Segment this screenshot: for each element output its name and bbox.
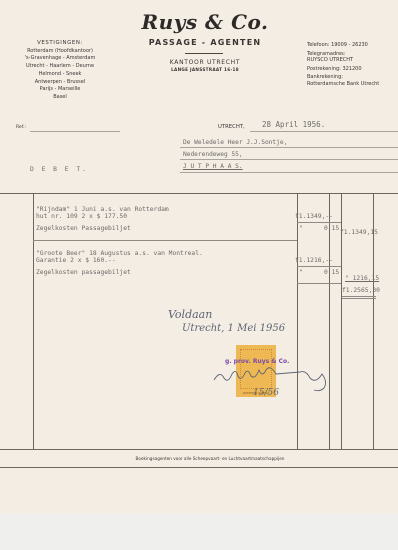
table-left-border	[33, 193, 34, 449]
phone: Telefoon: 19009 - 26230	[307, 42, 398, 48]
branch-item: 's-Gravenhage - Amsterdam	[10, 55, 110, 63]
item-subtotal: " 1216,15	[345, 275, 379, 282]
telegram-value: RUYSCO UTRECHT	[307, 57, 398, 63]
item-description: hut nr. 109 2 x $ 177.50	[36, 213, 127, 220]
letterhead-divider	[185, 53, 223, 54]
company-logo: Ruys & Co.	[135, 10, 275, 34]
ref-label: Ref.:	[16, 125, 26, 130]
branch-item: Antwerpen - Brussel	[10, 79, 110, 87]
paid-date-note: Utrecht, 1 Mei 1956	[182, 323, 285, 334]
address-line	[180, 159, 398, 160]
item-amount: f1.1349,--	[295, 213, 333, 220]
item-description: Garantie 2 x $ 160.--	[36, 257, 116, 264]
branch-item: Rotterdam (Hoofdkantoor)	[10, 48, 110, 56]
item-fee: 0,15	[324, 225, 339, 232]
office-address: LANGE JANSSTRAAT 16-18	[140, 67, 270, 72]
item-separator	[33, 240, 297, 241]
footer-line	[0, 467, 398, 468]
address-line	[180, 147, 398, 148]
postal-account: Postrekening: 321200	[307, 66, 398, 72]
branches-list: VESTIGINGEN: Rotterdam (Hoofdkantoor) 's…	[10, 40, 110, 102]
item-subtotal: f1.1349,15	[340, 229, 378, 236]
bank-value: Rotterdamsche Bank Utrecht	[307, 81, 398, 87]
item-fee-label: Zegelkosten passagebiljet	[36, 269, 131, 276]
branch-item: Helmond - Sneek	[10, 71, 110, 79]
company-subtitle: PASSAGE - AGENTEN	[125, 38, 285, 47]
invoice-paper: Ruys & Co. PASSAGE - AGENTEN KANTOOR UTR…	[0, 0, 398, 513]
ref-line	[30, 131, 120, 132]
amount-underline	[297, 222, 341, 223]
date-line	[250, 131, 398, 132]
office-name: KANTOOR UTRECHT	[140, 59, 270, 66]
address-line	[180, 172, 398, 173]
paid-note: Voldaan	[168, 308, 212, 321]
item-fee-prefix: "	[299, 225, 303, 232]
table-top-border	[0, 193, 398, 194]
amount-underline	[297, 266, 341, 267]
item-description: "Rijndam" 1 Juni a.s. van Rotterdam	[36, 206, 169, 213]
recipient-street: Nederendeweg 55,	[183, 151, 243, 158]
recipient-city: J U T P H A A S.	[183, 163, 243, 170]
table-col-divider	[297, 193, 298, 449]
branch-item: Basel	[10, 94, 110, 102]
recipient-name: De Weledele Heer J.J.Sontje,	[183, 139, 287, 146]
contact-block: Telefoon: 19009 - 26230 Telegramadres: R…	[307, 42, 398, 87]
item-fee-prefix: "	[299, 269, 303, 276]
stamp-date: 15/56	[253, 388, 279, 398]
branch-item: Utrecht - Haarlem - Deurne	[10, 63, 110, 71]
total-double-underline	[342, 296, 376, 297]
invoice-total: f1.2565,30	[342, 287, 380, 294]
city-label: UTRECHT,	[218, 124, 245, 130]
invoice-date: 28 April 1956.	[262, 120, 325, 129]
branch-item: Parijs - Marseille	[10, 86, 110, 94]
amount-underline	[297, 283, 341, 284]
total-double-underline	[342, 298, 376, 299]
document-type: D E B E T.	[30, 166, 88, 173]
item-amount: f1.1216,--	[295, 257, 333, 264]
item-fee-label: Zegelkosten Passagebiljet	[36, 225, 131, 232]
footer-tagline: Boekingsagenten voor alle Scheepvaart- e…	[100, 456, 320, 461]
item-description: "Groote Beer" 18 Augustus a.s. van Montr…	[36, 250, 203, 257]
branches-title: VESTIGINGEN:	[10, 40, 110, 48]
table-bottom-border	[0, 449, 398, 450]
item-fee: 0,15	[324, 269, 339, 276]
